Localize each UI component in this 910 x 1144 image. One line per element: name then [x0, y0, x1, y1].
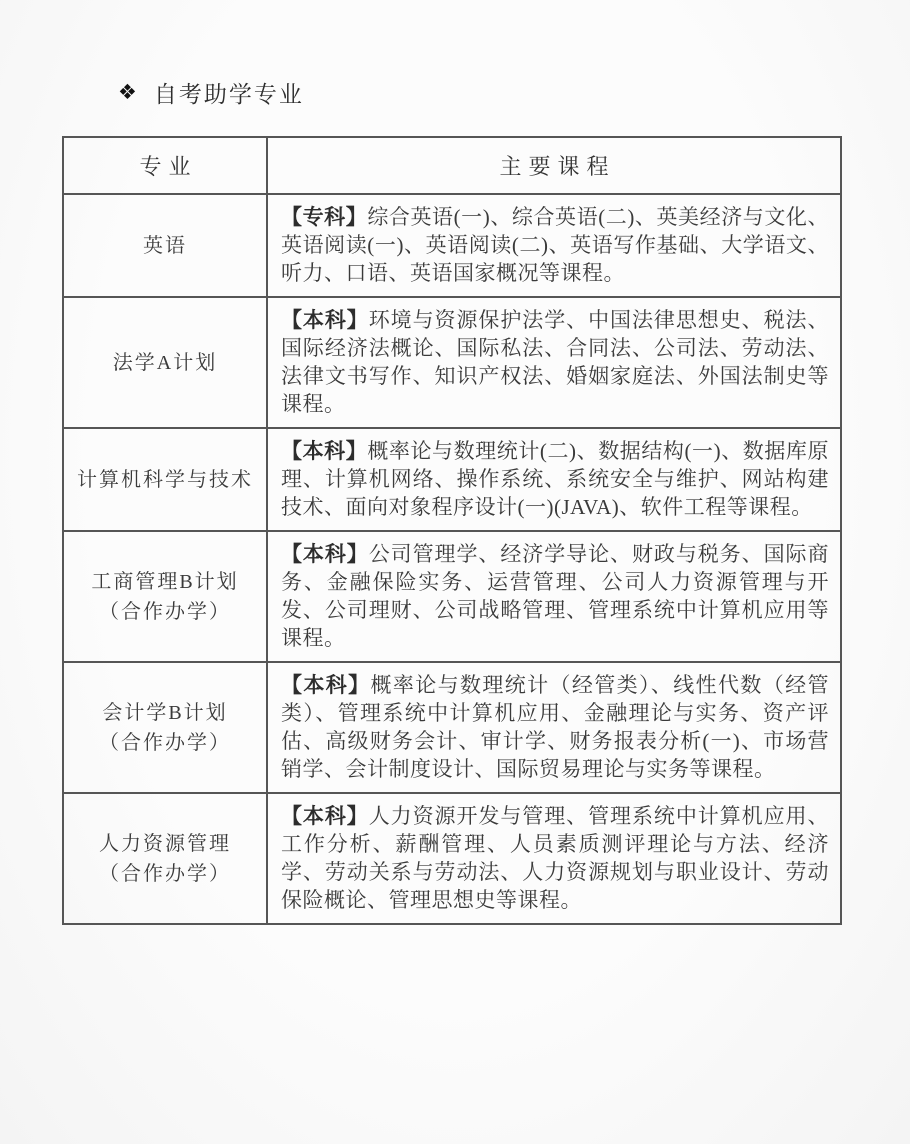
level-tag: 【专科】 [281, 205, 367, 229]
major-cell: 工商管理B计划 （合作办学） [63, 531, 267, 662]
major-name: 计算机科学与技术 [68, 465, 262, 495]
table-row: 英语 【专科】综合英语(一)、综合英语(二)、英美经济与文化、英语阅读(一)、英… [63, 194, 841, 297]
section-title: 自考助学专业 [154, 76, 304, 109]
level-tag: 【本科】 [281, 673, 371, 697]
major-note: （合作办学） [68, 597, 262, 627]
level-tag: 【本科】 [281, 308, 369, 332]
document-page: ❖ 自考助学专业 专业 主要课程 英语 【专科】综合英语(一)、综合英语(二)、… [0, 0, 910, 1144]
majors-courses-table: 专业 主要课程 英语 【专科】综合英语(一)、综合英语(二)、英美经济与文化、英… [62, 136, 842, 925]
major-name: 工商管理B计划 [68, 567, 262, 597]
major-cell: 法学A计划 [63, 297, 267, 428]
section-heading: ❖ 自考助学专业 [118, 0, 910, 109]
column-header-courses: 主要课程 [267, 137, 841, 194]
table-row: 法学A计划 【本科】环境与资源保护法学、中国法律思想史、税法、国际经济法概论、国… [63, 297, 841, 428]
major-name: 会计学B计划 [68, 698, 262, 728]
major-cell: 计算机科学与技术 [63, 428, 267, 531]
major-note: （合作办学） [68, 728, 262, 758]
table-header-row: 专业 主要课程 [63, 137, 841, 194]
major-note: （合作办学） [68, 859, 262, 889]
courses-cell: 【本科】环境与资源保护法学、中国法律思想史、税法、国际经济法概论、国际私法、合同… [267, 297, 841, 428]
table-row: 会计学B计划 （合作办学） 【本科】概率论与数理统计（经管类）、线性代数（经管类… [63, 662, 841, 793]
courses-cell: 【本科】人力资源开发与管理、管理系统中计算机应用、工作分析、薪酬管理、人员素质测… [267, 793, 841, 924]
table-row: 工商管理B计划 （合作办学） 【本科】公司管理学、经济学导论、财政与税务、国际商… [63, 531, 841, 662]
major-cell: 会计学B计划 （合作办学） [63, 662, 267, 793]
courses-cell: 【本科】概率论与数理统计（经管类）、线性代数（经管类）、管理系统中计算机应用、金… [267, 662, 841, 793]
major-cell: 人力资源管理 （合作办学） [63, 793, 267, 924]
level-tag: 【本科】 [281, 439, 367, 463]
courses-cell: 【本科】公司管理学、经济学导论、财政与税务、国际商务、金融保险实务、运营管理、公… [267, 531, 841, 662]
diamond-bullet-icon: ❖ [118, 82, 137, 103]
major-name: 法学A计划 [68, 348, 262, 378]
courses-cell: 【本科】概率论与数理统计(二)、数据结构(一)、数据库原理、计算机网络、操作系统… [267, 428, 841, 531]
major-cell: 英语 [63, 194, 267, 297]
table-row: 计算机科学与技术 【本科】概率论与数理统计(二)、数据结构(一)、数据库原理、计… [63, 428, 841, 531]
level-tag: 【本科】 [281, 804, 369, 828]
level-tag: 【本科】 [281, 542, 369, 566]
table-row: 人力资源管理 （合作办学） 【本科】人力资源开发与管理、管理系统中计算机应用、工… [63, 793, 841, 924]
column-header-major: 专业 [63, 137, 267, 194]
major-name: 人力资源管理 [68, 829, 262, 859]
major-name: 英语 [68, 231, 262, 261]
courses-cell: 【专科】综合英语(一)、综合英语(二)、英美经济与文化、英语阅读(一)、英语阅读… [267, 194, 841, 297]
